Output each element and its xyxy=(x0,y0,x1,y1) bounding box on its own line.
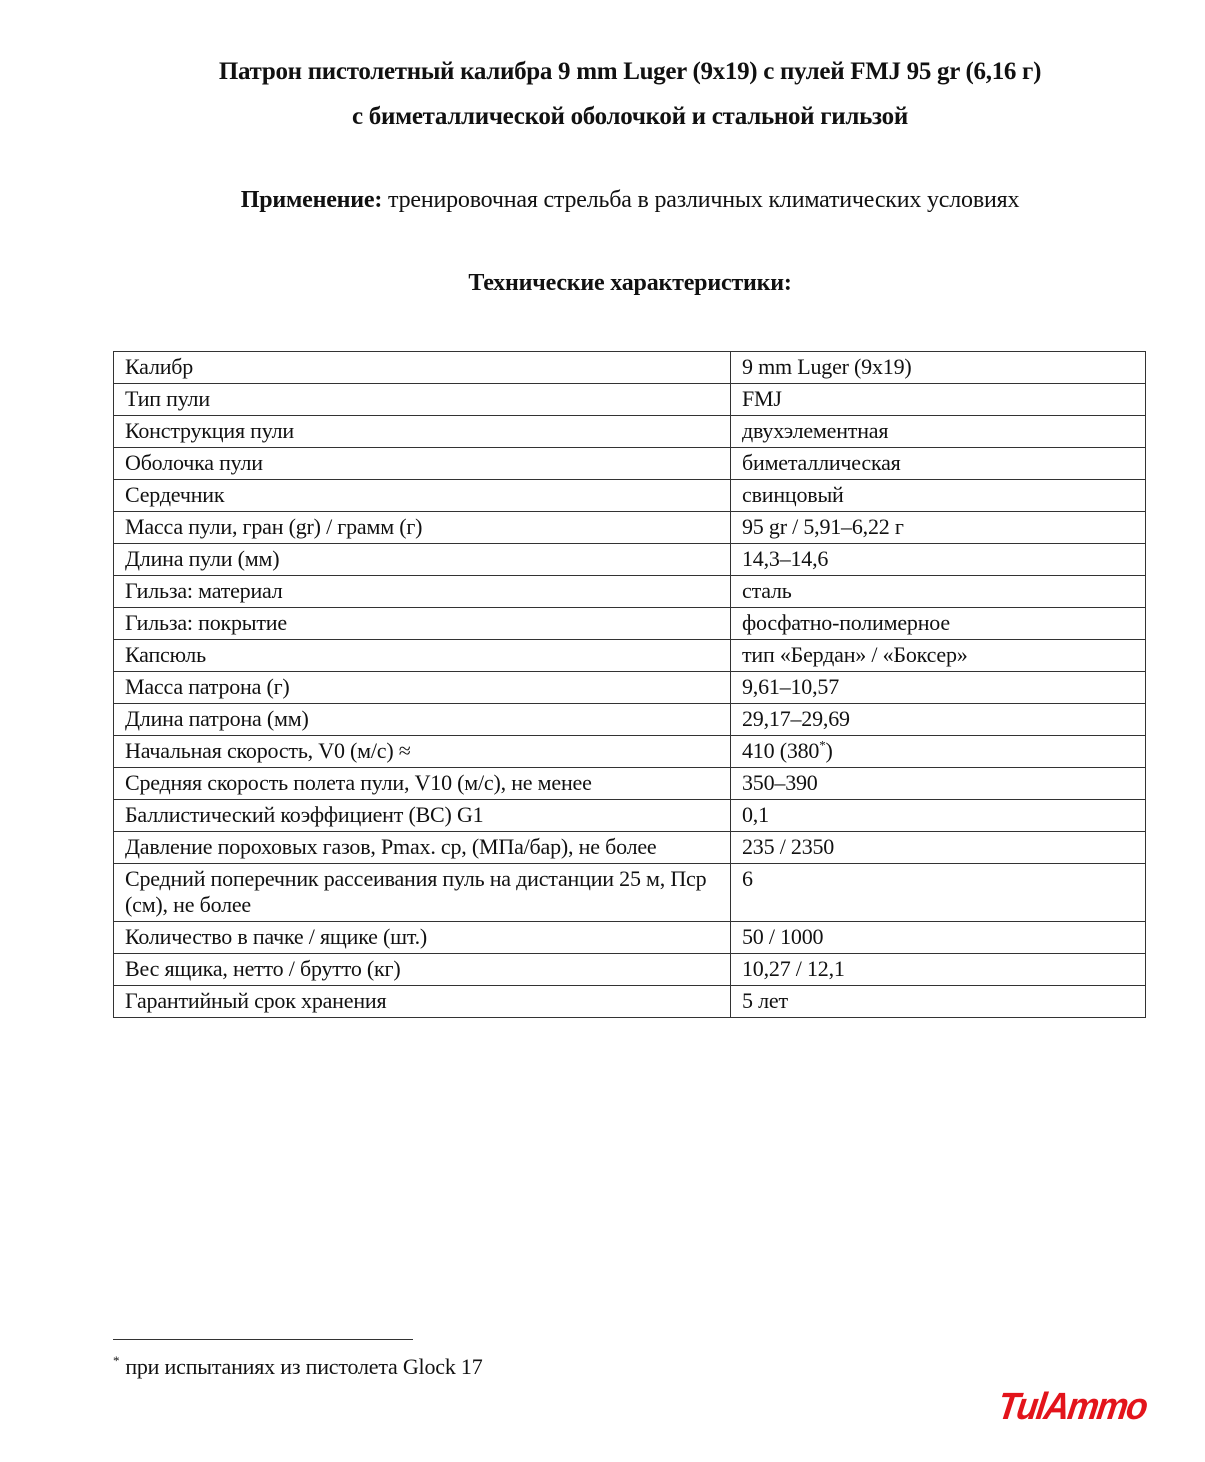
spec-parameter: Средний поперечник рассеивания пуль на д… xyxy=(114,864,731,922)
spec-value: биметаллическая xyxy=(731,448,1146,480)
application-text: тренировочная стрельба в различных клима… xyxy=(382,187,1019,213)
spec-parameter: Оболочка пули xyxy=(114,448,731,480)
spec-parameter: Гильза: материал xyxy=(114,576,731,608)
spec-row: Сердечниксвинцовый xyxy=(114,480,1146,512)
spec-row: Гарантийный срок хранения5 лет xyxy=(114,986,1146,1018)
spec-row: Масса патрона (г)9,61–10,57 xyxy=(114,672,1146,704)
spec-value: 14,3–14,6 xyxy=(731,544,1146,576)
footnote-text: при испытаниях из пистолета Glock 17 xyxy=(125,1354,482,1379)
spec-value: 9,61–10,57 xyxy=(731,672,1146,704)
spec-parameter: Гильза: покрытие xyxy=(114,608,731,640)
spec-row: Конструкция пулидвухэлементная xyxy=(114,416,1146,448)
spec-row: Начальная скорость, V0 (м/с) ≈410 (380*) xyxy=(114,736,1146,768)
spec-row: Средняя скорость полета пули, V10 (м/с),… xyxy=(114,768,1146,800)
specs-heading: Технические характеристики: xyxy=(0,270,1205,297)
spec-row: Средний поперечник рассеивания пуль на д… xyxy=(114,864,1146,922)
spec-row: Гильза: материалсталь xyxy=(114,576,1146,608)
spec-value: 50 / 1000 xyxy=(731,922,1146,954)
spec-parameter: Масса пули, гран (gr) / грамм (г) xyxy=(114,512,731,544)
spec-parameter: Длина патрона (мм) xyxy=(114,704,731,736)
spec-parameter: Давление пороховых газов, Pmax. ср, (МПа… xyxy=(114,832,731,864)
spec-row: Вес ящика, нетто / брутто (кг)10,27 / 12… xyxy=(114,954,1146,986)
spec-value: 9 mm Luger (9x19) xyxy=(731,352,1146,384)
spec-value: 0,1 xyxy=(731,800,1146,832)
spec-value: 5 лет xyxy=(731,986,1146,1018)
spec-value: 29,17–29,69 xyxy=(731,704,1146,736)
spec-value: 95 gr / 5,91–6,22 г xyxy=(731,512,1146,544)
spec-parameter: Длина пули (мм) xyxy=(114,544,731,576)
footnote: *при испытаниях из пистолета Glock 17 xyxy=(113,1353,483,1380)
specs-table: Калибр9 mm Luger (9x19)Тип пулиFMJКонстр… xyxy=(113,351,1146,1018)
spec-value: FMJ xyxy=(731,384,1146,416)
spec-row: Давление пороховых газов, Pmax. ср, (МПа… xyxy=(114,832,1146,864)
spec-parameter: Тип пули xyxy=(114,384,731,416)
spec-value: 350–390 xyxy=(731,768,1146,800)
spec-row: Длина пули (мм)14,3–14,6 xyxy=(114,544,1146,576)
spec-value: двухэлементная xyxy=(731,416,1146,448)
application-label: Применение: xyxy=(241,187,382,213)
spec-parameter: Масса патрона (г) xyxy=(114,672,731,704)
spec-parameter: Гарантийный срок хранения xyxy=(114,986,731,1018)
spec-value-text-after: ) xyxy=(826,738,833,763)
svg-text:TulAmmo: TulAmmo xyxy=(1000,1385,1150,1427)
tulammo-logo: TulAmmo xyxy=(1000,1379,1150,1427)
spec-value: тип «Бердан» / «Боксер» xyxy=(731,640,1146,672)
application-line: Применение: тренировочная стрельба в раз… xyxy=(0,187,1205,214)
spec-value-text: 410 (380 xyxy=(742,738,819,763)
spec-parameter: Баллистический коэффициент (BC) G1 xyxy=(114,800,731,832)
document-title-line-2: с биметаллической оболочкой и стальной г… xyxy=(0,103,1205,131)
spec-row: Количество в пачке / ящике (шт.)50 / 100… xyxy=(114,922,1146,954)
spec-row: Капсюльтип «Бердан» / «Боксер» xyxy=(114,640,1146,672)
spec-row: Масса пули, гран (gr) / грамм (г)95 gr /… xyxy=(114,512,1146,544)
spec-value: фосфатно-полимерное xyxy=(731,608,1146,640)
spec-row: Длина патрона (мм)29,17–29,69 xyxy=(114,704,1146,736)
document-title-line-1: Патрон пистолетный калибра 9 mm Luger (9… xyxy=(0,58,1205,86)
spec-value: сталь xyxy=(731,576,1146,608)
footnote-divider xyxy=(113,1339,413,1340)
spec-row: Баллистический коэффициент (BC) G10,1 xyxy=(114,800,1146,832)
spec-row: Тип пулиFMJ xyxy=(114,384,1146,416)
spec-parameter: Сердечник xyxy=(114,480,731,512)
spec-row: Калибр9 mm Luger (9x19) xyxy=(114,352,1146,384)
spec-parameter: Начальная скорость, V0 (м/с) ≈ xyxy=(114,736,731,768)
spec-parameter: Количество в пачке / ящике (шт.) xyxy=(114,922,731,954)
spec-parameter: Средняя скорость полета пули, V10 (м/с),… xyxy=(114,768,731,800)
spec-row: Оболочка пулибиметаллическая xyxy=(114,448,1146,480)
spec-value: 6 xyxy=(731,864,1146,922)
footnote-marker: * xyxy=(113,1353,119,1368)
spec-value: 10,27 / 12,1 xyxy=(731,954,1146,986)
spec-row: Гильза: покрытиефосфатно-полимерное xyxy=(114,608,1146,640)
spec-parameter: Конструкция пули xyxy=(114,416,731,448)
spec-parameter: Капсюль xyxy=(114,640,731,672)
spec-value: 410 (380*) xyxy=(731,736,1146,768)
spec-value: свинцовый xyxy=(731,480,1146,512)
spec-value: 235 / 2350 xyxy=(731,832,1146,864)
spec-parameter: Вес ящика, нетто / брутто (кг) xyxy=(114,954,731,986)
spec-parameter: Калибр xyxy=(114,352,731,384)
